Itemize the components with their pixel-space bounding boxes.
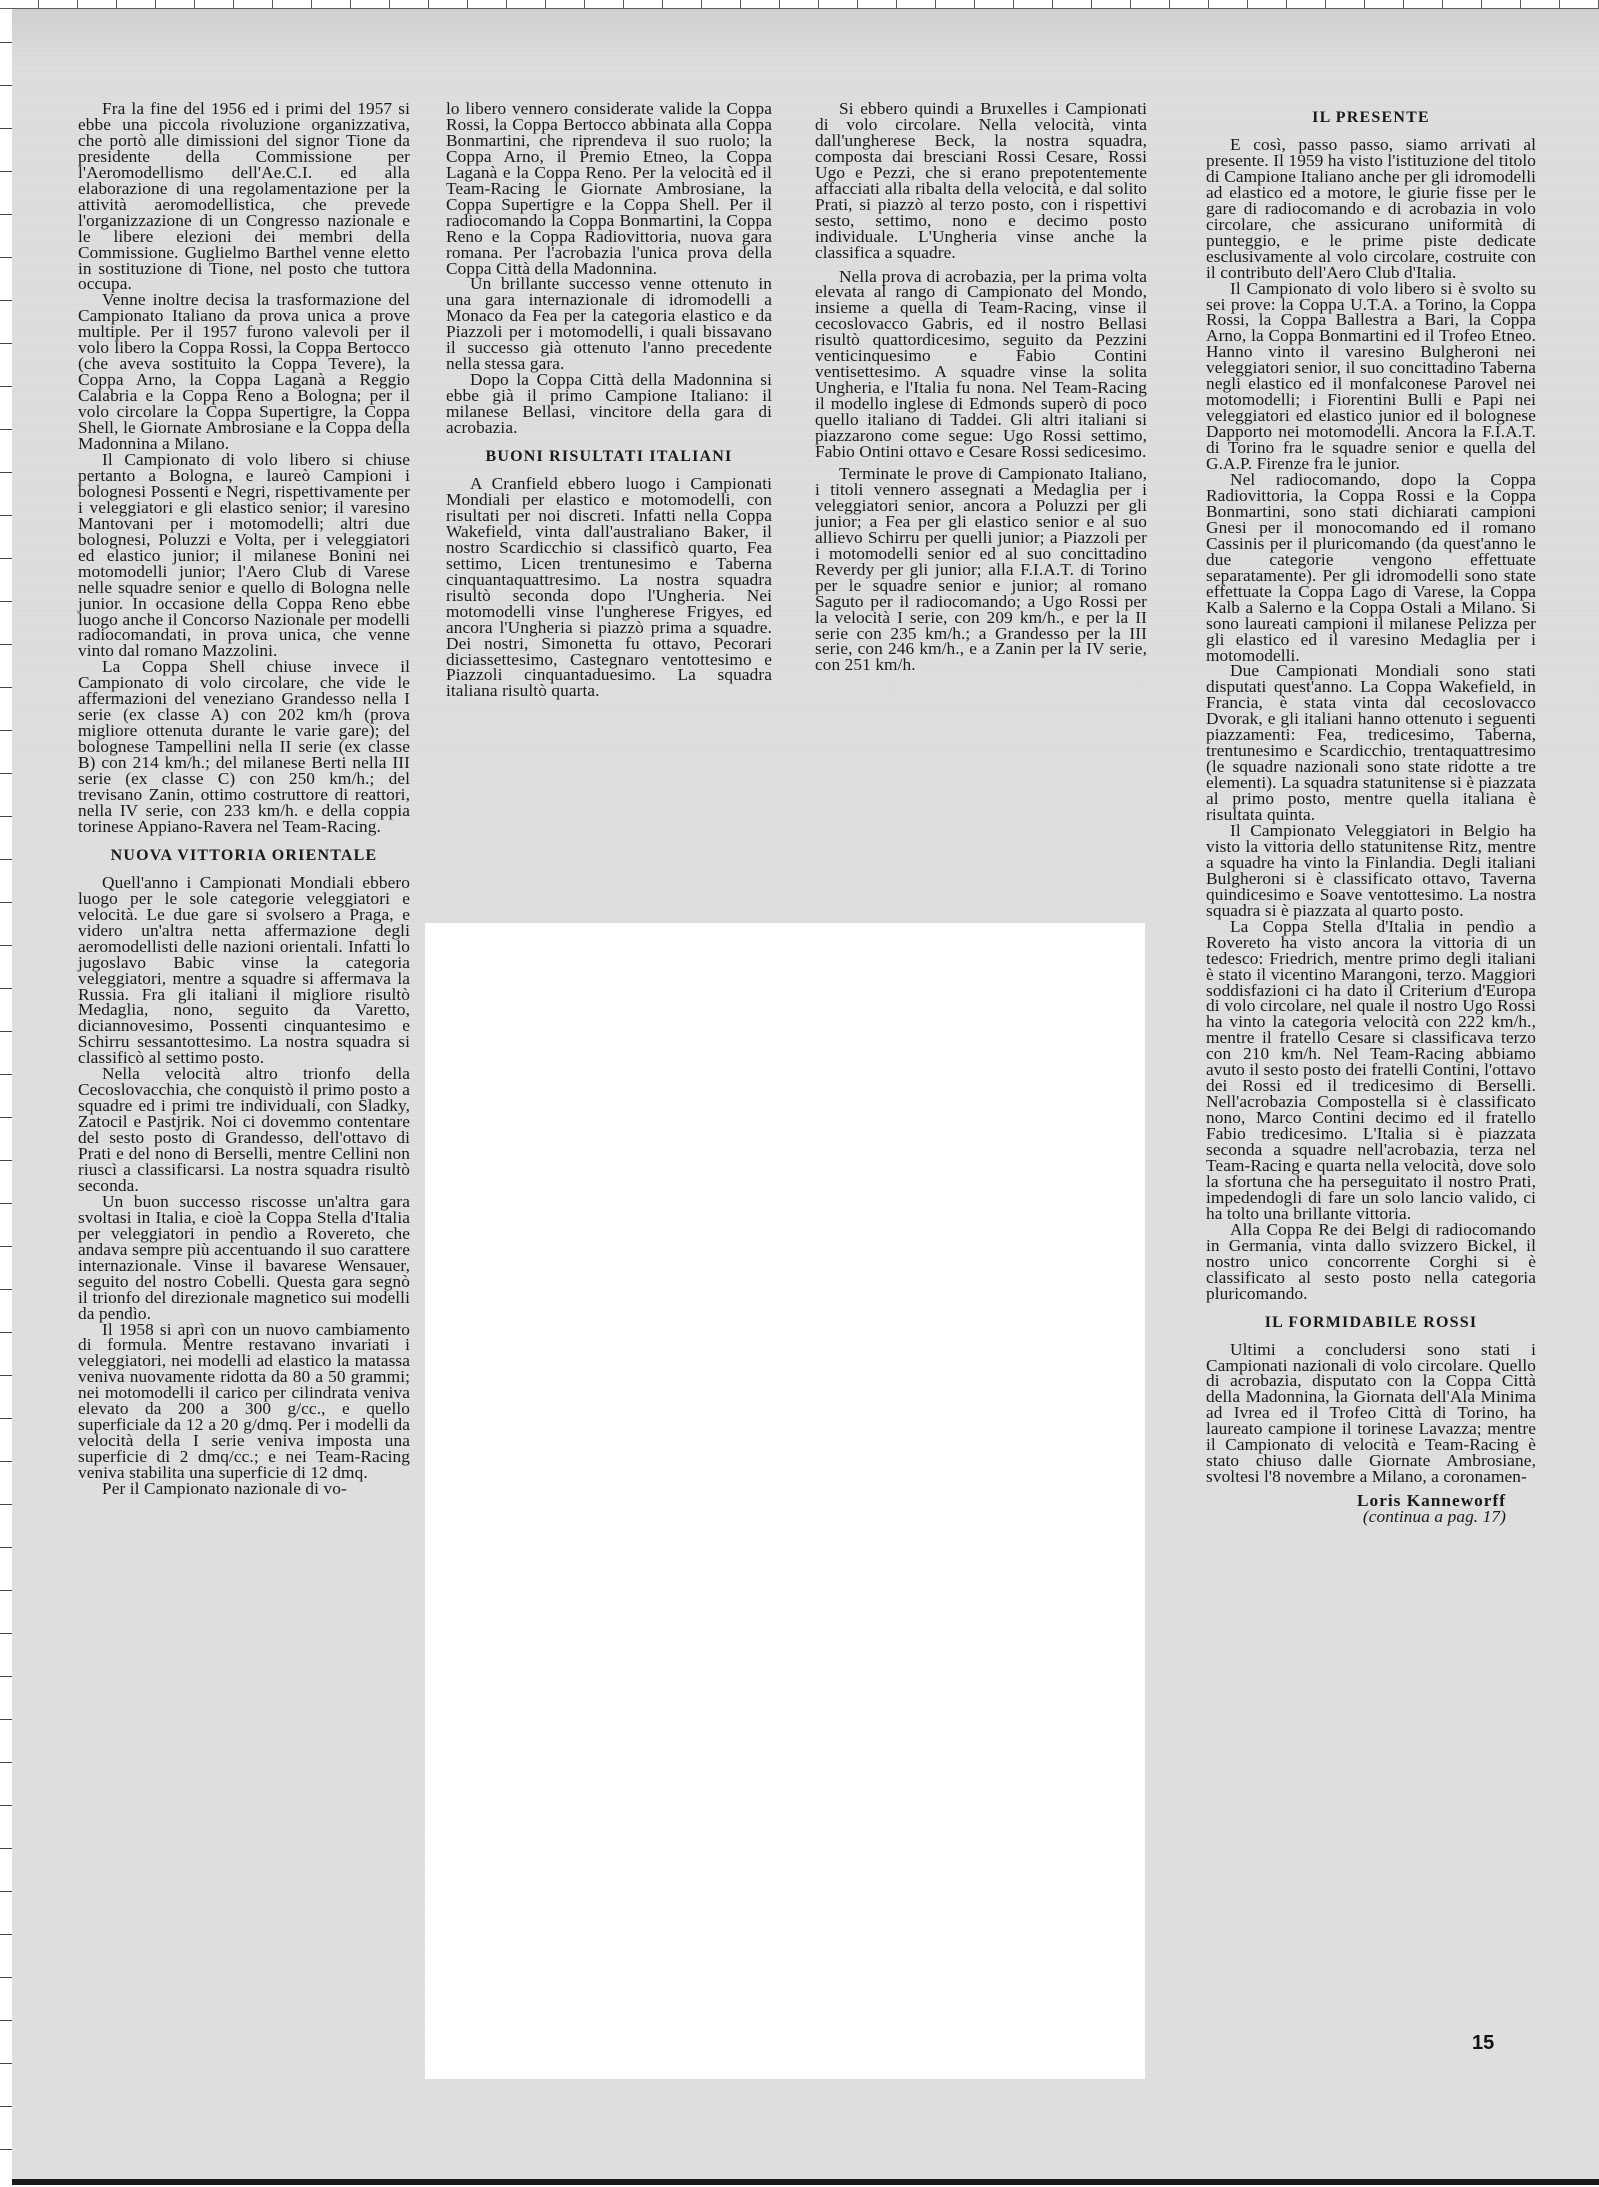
article-column-2: lo libero vennero considerate valide la … [446,101,772,699]
paragraph: Terminate le prove di Campionato Italian… [815,466,1147,673]
paragraph: Un buon successo riscosse un'altra gara … [78,1194,410,1322]
scanner-ruler-left [0,0,12,2187]
paragraph: Per il Campionato nazionale di vo- [78,1481,410,1497]
section-heading-buoni-risultati: BUONI RISULTATI ITALIANI [446,448,772,466]
scanner-ruler-top [0,0,1599,9]
section-heading-nuova-vittoria: NUOVA VITTORIA ORIENTALE [78,847,410,865]
article-signature: Loris Kanneworff (continua a pag. 17) [1206,1493,1536,1525]
paragraph: Quell'anno i Campionati Mondiali ebbero … [78,875,410,1066]
article-column-3: Si ebbero quindi a Bruxelles i Campionat… [815,101,1147,673]
paragraph: Nel radiocomando, dopo la Coppa Radiovit… [1206,472,1536,663]
paragraph: Il Campionato di volo libero si chiuse p… [78,452,410,659]
paragraph: Nella velocità altro trionfo della Cecos… [78,1066,410,1194]
article-column-4: IL PRESENTE E così, passo passo, siamo a… [1206,101,1536,1525]
paragraph: Alla Coppa Re dei Belgi di radiocomando … [1206,1222,1536,1302]
paragraph-continued: lo libero vennero considerate valide la … [446,101,772,276]
section-heading-il-presente: IL PRESENTE [1206,109,1536,127]
paragraph: Ultimi a concludersi sono stati i Campio… [1206,1342,1536,1486]
paragraph: La Coppa Shell chiuse invece il Campiona… [78,659,410,834]
section-heading-formidabile-rossi: IL FORMIDABILE ROSSI [1206,1314,1536,1332]
paragraph: Nella prova di acrobazia, per la prima v… [815,269,1147,460]
paragraph: Fra la fine del 1956 ed i primi del 1957… [78,101,410,292]
paragraph: Il 1958 si aprì con un nuovo cambiamento… [78,1322,410,1482]
paragraph: A Cranfield ebbero luogo i Campionati Mo… [446,476,772,699]
blank-illustration-area [425,923,1145,2079]
paragraph: Dopo la Coppa Città della Madonnina si e… [446,372,772,436]
paragraph: La Coppa Stella d'Italia in pendìo a Rov… [1206,919,1536,1222]
article-column-1: Fra la fine del 1956 ed i primi del 1957… [78,101,410,1497]
continued-link[interactable]: (continua a pag. 17) [1206,1509,1506,1525]
paragraph: Il Campionato di volo libero si è svolto… [1206,281,1536,472]
paragraph: Un brillante successo venne ottenuto in … [446,276,772,372]
paragraph: Si ebbero quindi a Bruxelles i Campionat… [815,101,1147,261]
page-number: 15 [1472,2032,1494,2055]
paragraph: Venne inoltre decisa la trasformazione d… [78,292,410,452]
paragraph: E così, passo passo, siamo arrivati al p… [1206,137,1536,281]
paragraph: Due Campionati Mondiali sono stati dispu… [1206,663,1536,823]
paragraph: Il Campionato Veleggiatori in Belgio ha … [1206,823,1536,919]
